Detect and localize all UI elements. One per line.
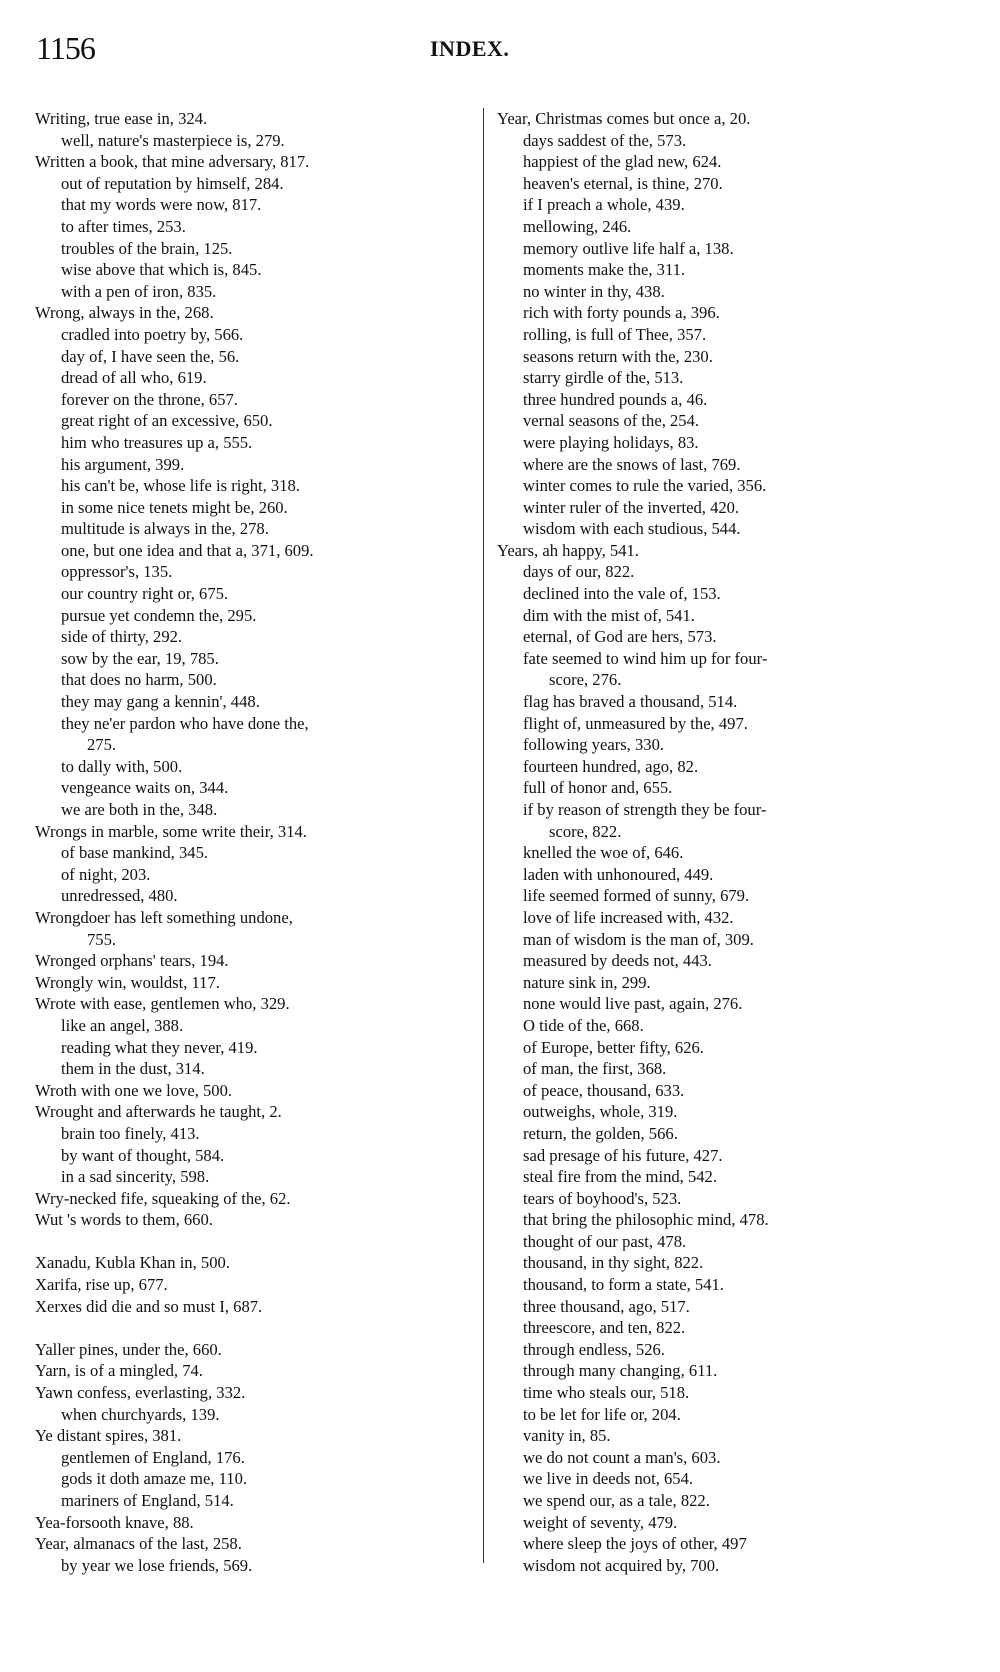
index-subentry: love of life increased with, 432. [497,907,937,929]
index-subentry: nature sink in, 299. [497,972,937,994]
index-entry-continuation: score, 276. [497,669,937,691]
index-subentry: dim with the mist of, 541. [497,605,937,627]
index-subentry: were playing holidays, 83. [497,432,937,454]
index-entry: Wrong, always in the, 268. [35,302,465,324]
index-subentry: winter comes to rule the varied, 356. [497,475,937,497]
index-entry: Wut 's words to them, 660. [35,1209,465,1231]
index-entry: Wrongly win, wouldst, 117. [35,972,465,994]
index-subentry: vernal seasons of the, 254. [497,410,937,432]
index-entry: Year, almanacs of the last, 258. [35,1533,465,1555]
index-subentry: threescore, and ten, 822. [497,1317,937,1339]
index-entry: Ye distant spires, 381. [35,1425,465,1447]
index-subentry: our country right or, 675. [35,583,465,605]
index-subentry: great right of an excessive, 650. [35,410,465,432]
index-subentry: rich with forty pounds a, 396. [497,302,937,324]
index-entry: Year, Christmas comes but once a, 20. [497,108,937,130]
index-subentry: flight of, unmeasured by the, 497. [497,713,937,735]
index-entry: Writing, true ease in, 324. [35,108,465,130]
index-entry: Years, ah happy, 541. [497,540,937,562]
index-subentry: by want of thought, 584. [35,1145,465,1167]
index-subentry: seasons return with the, 230. [497,346,937,368]
index-subentry: return, the golden, 566. [497,1123,937,1145]
index-subentry: like an angel, 388. [35,1015,465,1037]
index-entry: Wry-necked fife, squeaking of the, 62. [35,1188,465,1210]
index-subentry: tears of boyhood's, 523. [497,1188,937,1210]
index-entry: Wrongdoer has left something undone, [35,907,465,929]
running-title: INDEX. [430,36,509,62]
section-gap [35,1317,465,1339]
index-subentry: gods it doth amaze me, 110. [35,1468,465,1490]
index-subentry: happiest of the glad new, 624. [497,151,937,173]
index-subentry: unredressed, 480. [35,885,465,907]
index-subentry: through endless, 526. [497,1339,937,1361]
index-entry: Yawn confess, everlasting, 332. [35,1382,465,1404]
index-subentry: by year we lose friends, 569. [35,1555,465,1577]
index-column-left: Writing, true ease in, 324.well, nature'… [35,108,465,1576]
index-subentry: gentlemen of England, 176. [35,1447,465,1469]
index-entry: Wroth with one we love, 500. [35,1080,465,1102]
index-entry-continuation: 755. [35,929,465,951]
index-subentry: knelled the woe of, 646. [497,842,937,864]
index-subentry: following years, 330. [497,734,937,756]
index-subentry: in a sad sincerity, 598. [35,1166,465,1188]
index-subentry: pursue yet condemn the, 295. [35,605,465,627]
index-subentry: none would live past, again, 276. [497,993,937,1015]
index-subentry: outweighs, whole, 319. [497,1101,937,1123]
index-subentry: if by reason of strength they be four- [497,799,937,821]
index-subentry: starry girdle of the, 513. [497,367,937,389]
index-entry: Wrote with ease, gentlemen who, 329. [35,993,465,1015]
index-subentry: to dally with, 500. [35,756,465,778]
index-entry: Wrongs in marble, some write their, 314. [35,821,465,843]
index-subentry: mariners of England, 514. [35,1490,465,1512]
index-entry: Wronged orphans' tears, 194. [35,950,465,972]
index-subentry: when churchyards, 139. [35,1404,465,1426]
index-subentry: we are both in the, 348. [35,799,465,821]
index-subentry: eternal, of God are hers, 573. [497,626,937,648]
index-subentry: oppressor's, 135. [35,561,465,583]
index-subentry: of base mankind, 345. [35,842,465,864]
index-subentry: fate seemed to wind him up for four- [497,648,937,670]
index-subentry: rolling, is full of Thee, 357. [497,324,937,346]
index-subentry: wisdom not acquired by, 700. [497,1555,937,1577]
index-subentry: one, but one idea and that a, 371, 609. [35,540,465,562]
index-subentry: side of thirty, 292. [35,626,465,648]
index-subentry: vengeance waits on, 344. [35,777,465,799]
index-subentry: him who treasures up a, 555. [35,432,465,454]
page-number: 1156 [36,30,95,67]
index-subentry: wisdom with each studious, 544. [497,518,937,540]
index-entry: Xerxes did die and so must I, 687. [35,1296,465,1318]
index-subentry: dread of all who, 619. [35,367,465,389]
index-entry: Xanadu, Kubla Khan in, 500. [35,1252,465,1274]
index-subentry: multitude is always in the, 278. [35,518,465,540]
index-subentry: that bring the philosophic mind, 478. [497,1209,937,1231]
index-subentry: we do not count a man's, 603. [497,1447,937,1469]
index-subentry: where are the snows of last, 769. [497,454,937,476]
index-subentry: man of wisdom is the man of, 309. [497,929,937,951]
index-subentry: with a pen of iron, 835. [35,281,465,303]
index-subentry: to after times, 253. [35,216,465,238]
index-subentry: no winter in thy, 438. [497,281,937,303]
index-subentry: flag has braved a thousand, 514. [497,691,937,713]
index-column-right: Year, Christmas comes but once a, 20.day… [497,108,937,1576]
column-divider [483,108,484,1563]
index-subentry: time who steals our, 518. [497,1382,937,1404]
index-subentry: his argument, 399. [35,454,465,476]
index-subentry: his can't be, whose life is right, 318. [35,475,465,497]
index-subentry: they may gang a kennin', 448. [35,691,465,713]
index-subentry: three thousand, ago, 517. [497,1296,937,1318]
index-subentry: out of reputation by himself, 284. [35,173,465,195]
index-subentry: O tide of the, 668. [497,1015,937,1037]
index-subentry: full of honor and, 655. [497,777,937,799]
index-subentry: to be let for life or, 204. [497,1404,937,1426]
index-subentry: if I preach a whole, 439. [497,194,937,216]
index-subentry: we spend our, as a tale, 822. [497,1490,937,1512]
index-subentry: thought of our past, 478. [497,1231,937,1253]
index-entry: Written a book, that mine adversary, 817… [35,151,465,173]
index-subentry: cradled into poetry by, 566. [35,324,465,346]
index-subentry: days of our, 822. [497,561,937,583]
index-subentry: in some nice tenets might be, 260. [35,497,465,519]
index-subentry: forever on the throne, 657. [35,389,465,411]
index-subentry: life seemed formed of sunny, 679. [497,885,937,907]
index-subentry: thousand, to form a state, 541. [497,1274,937,1296]
index-subentry: well, nature's masterpiece is, 279. [35,130,465,152]
page-header: 1156 INDEX. [0,22,1000,72]
index-subentry: vanity in, 85. [497,1425,937,1447]
index-subentry: we live in deeds not, 654. [497,1468,937,1490]
index-subentry: steal fire from the mind, 542. [497,1166,937,1188]
index-subentry: of night, 203. [35,864,465,886]
index-subentry: winter ruler of the inverted, 420. [497,497,937,519]
index-subentry: where sleep the joys of other, 497 [497,1533,937,1555]
section-gap [35,1231,465,1253]
index-subentry: of peace, thousand, 633. [497,1080,937,1102]
index-subentry: they ne'er pardon who have done the, [35,713,465,735]
index-subentry: weight of seventy, 479. [497,1512,937,1534]
index-subentry: brain too finely, 413. [35,1123,465,1145]
index-entry-continuation: 275. [35,734,465,756]
index-subentry: moments make the, 311. [497,259,937,281]
index-subentry: days saddest of the, 573. [497,130,937,152]
index-subentry: memory outlive life half a, 138. [497,238,937,260]
index-subentry: laden with unhonoured, 449. [497,864,937,886]
index-subentry: them in the dust, 314. [35,1058,465,1080]
index-entry: Xarifa, rise up, 677. [35,1274,465,1296]
index-subentry: wise above that which is, 845. [35,259,465,281]
index-subentry: declined into the vale of, 153. [497,583,937,605]
index-subentry: troubles of the brain, 125. [35,238,465,260]
index-subentry: heaven's eternal, is thine, 270. [497,173,937,195]
index-subentry: of man, the first, 368. [497,1058,937,1080]
index-entry: Wrought and afterwards he taught, 2. [35,1101,465,1123]
index-subentry: reading what they never, 419. [35,1037,465,1059]
index-subentry: fourteen hundred, ago, 82. [497,756,937,778]
index-subentry: mellowing, 246. [497,216,937,238]
index-entry-continuation: score, 822. [497,821,937,843]
index-subentry: day of, I have seen the, 56. [35,346,465,368]
index-subentry: that my words were now, 817. [35,194,465,216]
index-subentry: measured by deeds not, 443. [497,950,937,972]
index-entry: Yea-forsooth knave, 88. [35,1512,465,1534]
index-subentry: thousand, in thy sight, 822. [497,1252,937,1274]
index-entry: Yarn, is of a mingled, 74. [35,1360,465,1382]
index-subentry: through many changing, 611. [497,1360,937,1382]
index-subentry: sad presage of his future, 427. [497,1145,937,1167]
index-subentry: sow by the ear, 19, 785. [35,648,465,670]
index-subentry: that does no harm, 500. [35,669,465,691]
index-subentry: of Europe, better fifty, 626. [497,1037,937,1059]
index-subentry: three hundred pounds a, 46. [497,389,937,411]
index-entry: Yaller pines, under the, 660. [35,1339,465,1361]
